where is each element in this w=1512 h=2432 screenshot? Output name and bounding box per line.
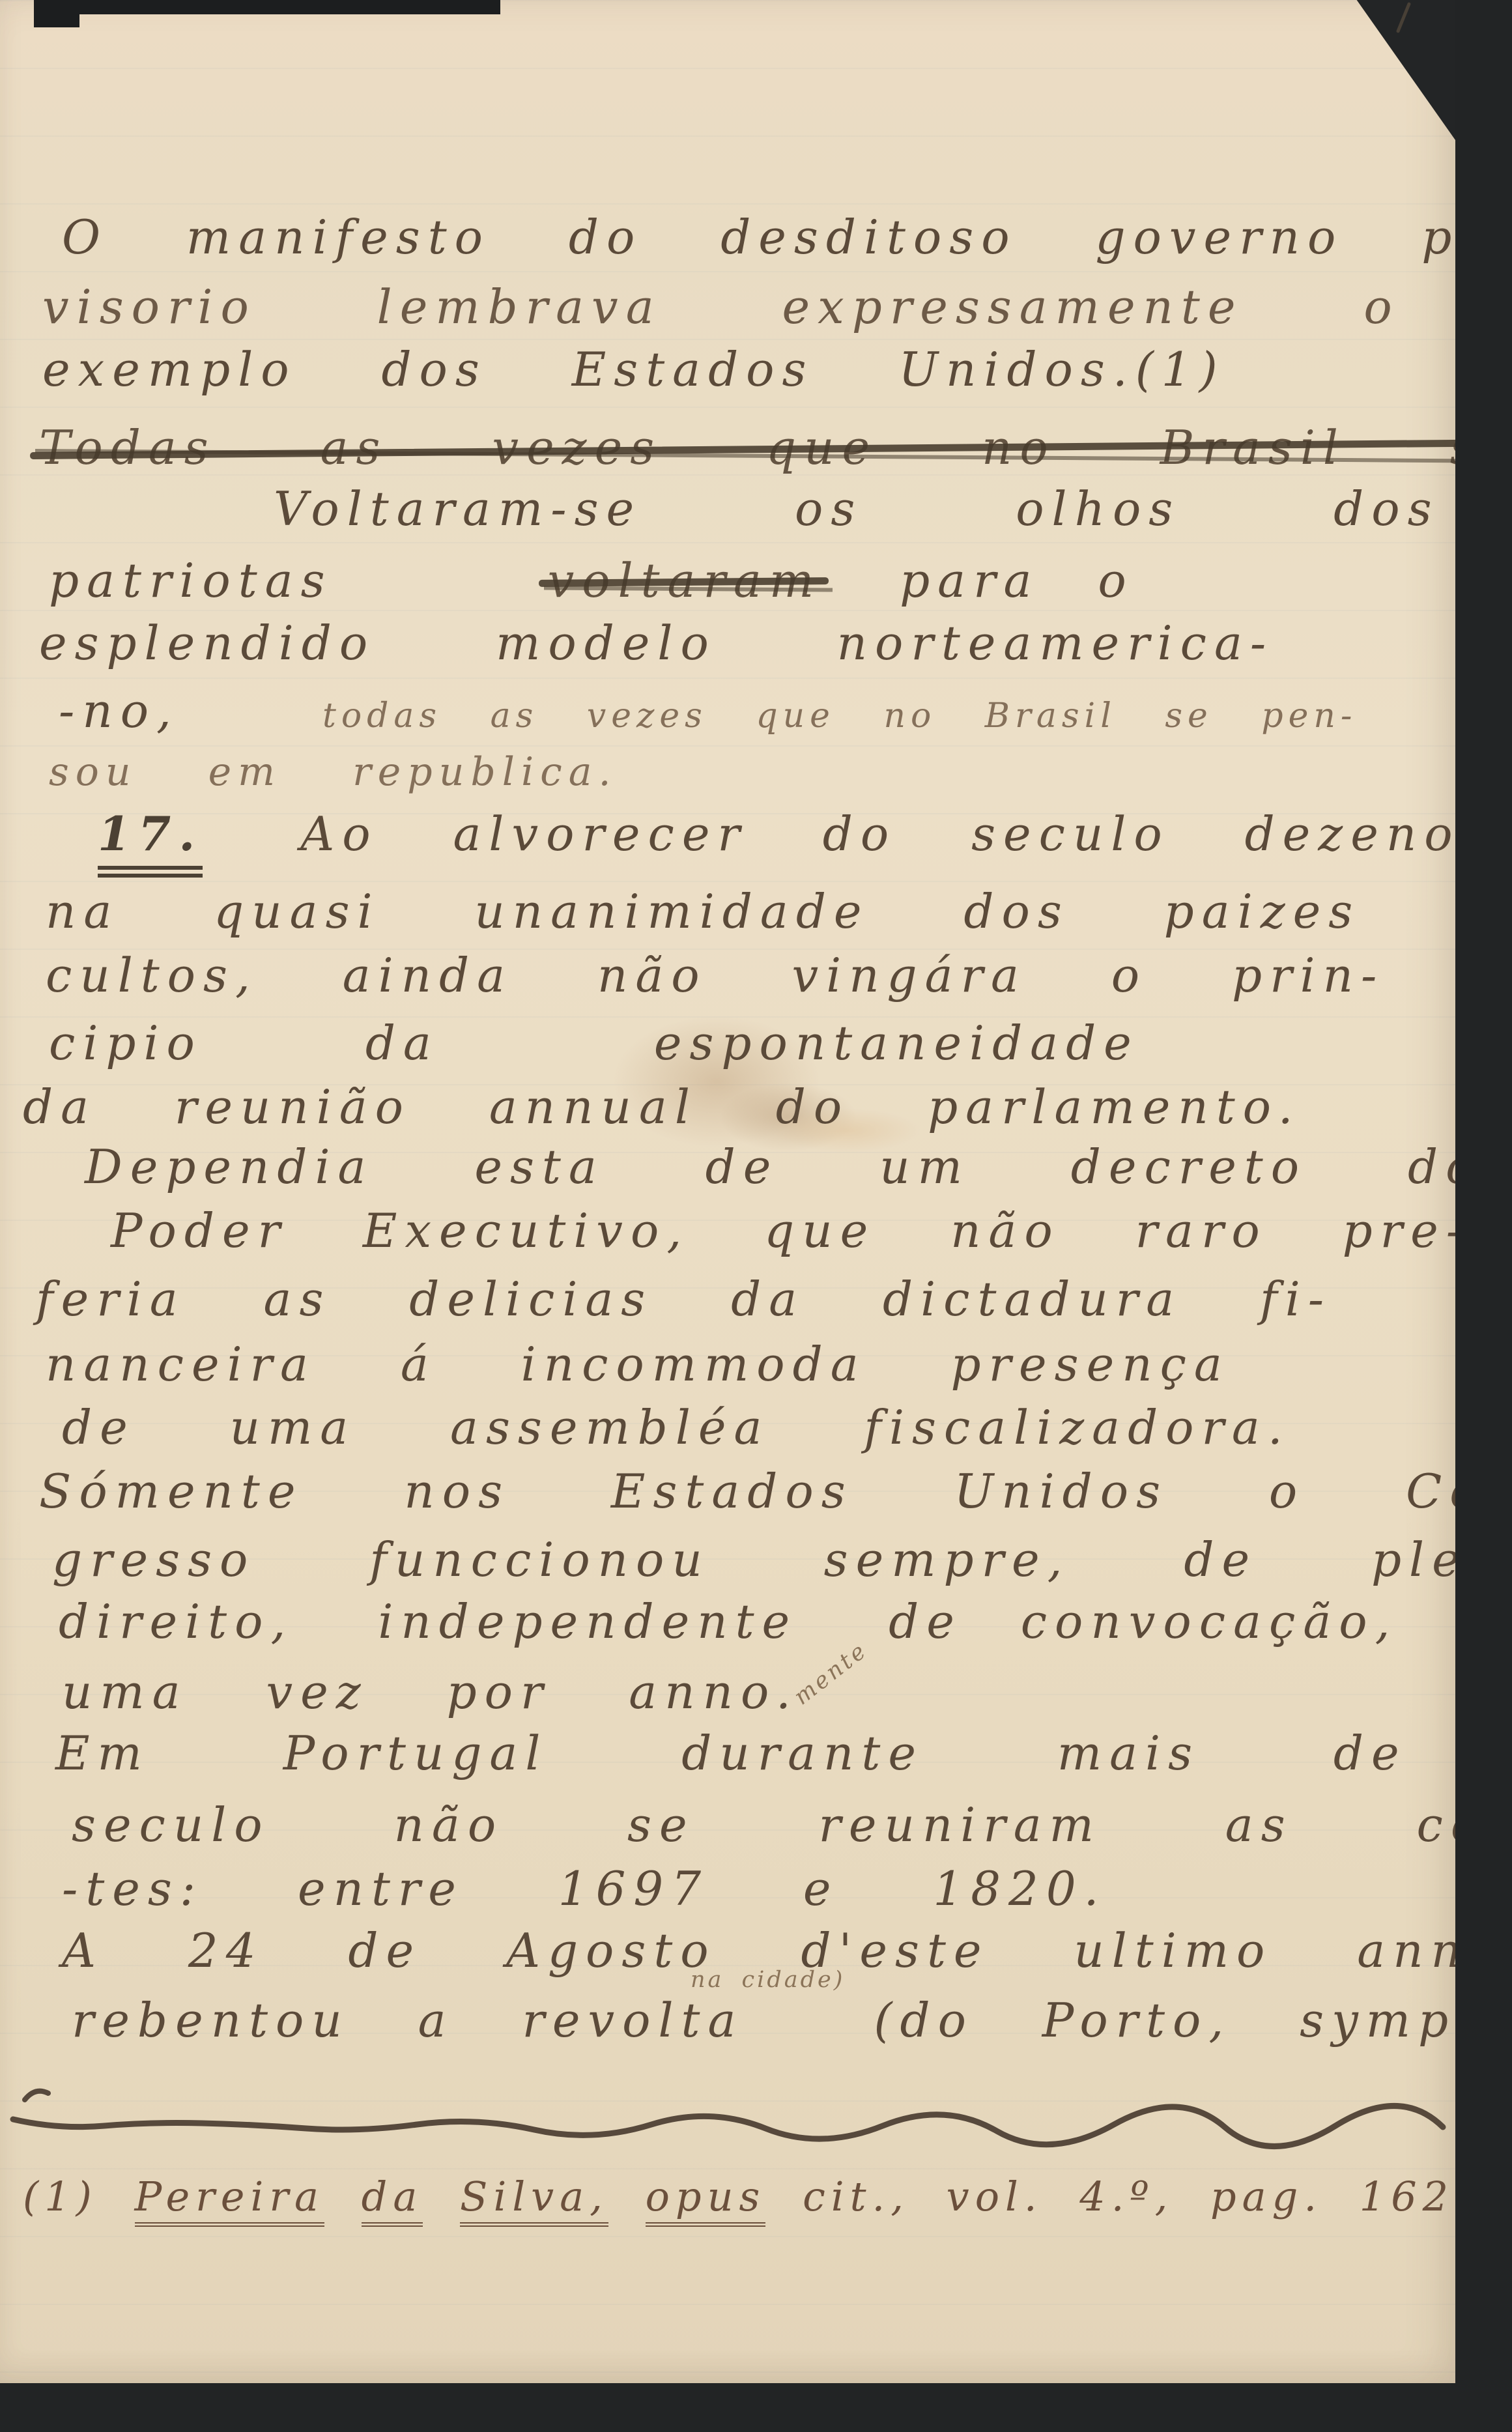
section-number: 17. bbox=[98, 808, 203, 878]
inserted-word: mente bbox=[790, 1638, 872, 1710]
footnote-marker: (1) bbox=[23, 2173, 98, 2220]
scan-border-right bbox=[1455, 0, 1512, 2432]
handwritten-line: seculo não se reuniram as côr- bbox=[72, 1799, 1512, 1851]
inserted-phrase: na cidade) bbox=[691, 1967, 845, 1993]
handwritten-line: exemplo dos Estados Unidos.(1) bbox=[42, 344, 1225, 395]
handwritten-line: Em Portugal durante mais de um bbox=[55, 1728, 1512, 1779]
handwritten-line: Sómente nos Estados Unidos o Con- bbox=[39, 1466, 1512, 1517]
handwritten-line: sou em republica. bbox=[49, 751, 618, 794]
handwritten-line: feria as delicias da dictadura fi- bbox=[36, 1274, 1332, 1325]
separator-line bbox=[5, 2082, 1455, 2153]
manuscript-page: O manifesto do desditoso governo pro- vi… bbox=[0, 0, 1455, 2383]
footnote-work: opus bbox=[646, 2173, 766, 2227]
handwritten-line: Dependia esta de um decreto do bbox=[85, 1141, 1481, 1193]
scan-border-bottom bbox=[0, 2383, 1512, 2432]
handwritten-line: direito,independentede convocação,mente bbox=[59, 1596, 1398, 1648]
handwritten-line: -tes: entre 1697 e 1820. bbox=[62, 1863, 1107, 1915]
handwritten-line: gresso funccionou sempre, de pleno bbox=[52, 1534, 1512, 1586]
handwritten-line: visorio lembrava expressamente o bbox=[42, 281, 1400, 333]
footnote-author: Pereira bbox=[135, 2173, 324, 2227]
handwritten-line: Voltaram-se os olhos dos bbox=[274, 483, 1440, 535]
handwritten-line: rebentou a revolta(do Porto, sympa-na ci… bbox=[72, 1995, 1512, 2046]
handwritten-line: O manifesto do desditoso governo pro- bbox=[62, 212, 1512, 263]
handwritten-line-struck: Todas as vezes que no Brasil se bbox=[39, 422, 1512, 474]
handwritten-line: esplendido modelo norteamerica- bbox=[39, 618, 1274, 669]
handwritten-line: da reunião annual do parlamento. bbox=[23, 1081, 1301, 1133]
handwritten-line: Poder Executivo, que não raro pre- bbox=[111, 1205, 1470, 1257]
handwritten-line: na quasi unanimidade dos paizes bbox=[46, 886, 1360, 937]
footnote: (1) Pereira da Silva, opus cit., vol. 4.… bbox=[23, 2173, 1473, 2220]
handwritten-line: cultos, ainda não vingára o prin- bbox=[46, 950, 1384, 1001]
scan-border-top bbox=[34, 0, 500, 14]
footnote-citation: cit., vol. 4.º, pag. 162. bbox=[803, 2173, 1473, 2220]
scan-border-top-corner bbox=[34, 0, 79, 27]
handwritten-line: -no,todas as vezes que no Brasil se pen- bbox=[59, 685, 1357, 737]
handwritten-line: 17.Ao alvorecer do seculo dezenove, bbox=[98, 808, 1512, 878]
handwritten-line: cipiodaespontaneidade bbox=[49, 1018, 1139, 1069]
handwritten-line: nanceira á incommoda presença bbox=[46, 1339, 1230, 1390]
handwritten-line: uma vez por anno. bbox=[62, 1667, 799, 1718]
handwritten-line: patriotasvoltarampara o bbox=[49, 555, 1134, 607]
handwritten-line: de uma assembléa fiscalizadora. bbox=[62, 1402, 1291, 1453]
